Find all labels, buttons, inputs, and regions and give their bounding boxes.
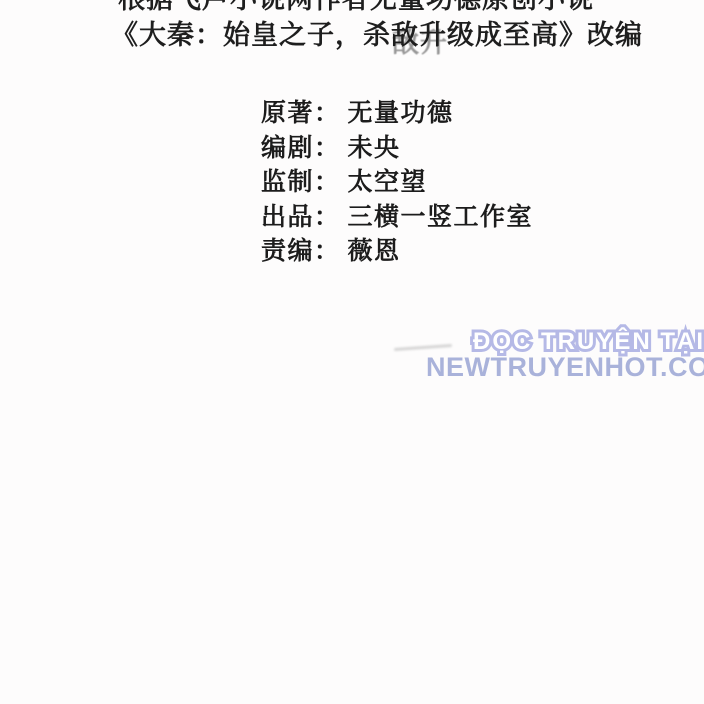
credit-colon: ：	[314, 203, 341, 231]
credit-value: 未央	[348, 134, 401, 162]
credit-colon: ：	[314, 134, 341, 162]
credit-colon: ：	[314, 237, 341, 265]
credit-value: 太空望	[348, 168, 428, 196]
source-novel-line: 根据飞卢小说网作者无量功德原创小说	[118, 0, 594, 14]
credit-colon: ：	[314, 168, 341, 196]
comic-credits-page: 根据飞卢小说网作者无量功德原创小说 《大秦：始皇之子，杀敌升级成至高》改编 敌升…	[0, 0, 704, 704]
credit-row-original-author: 原著：无量功德	[261, 96, 533, 131]
credit-row-supervisor: 监制：太空望	[261, 165, 533, 200]
title-ghost-artifact: 敌升	[392, 21, 448, 60]
credit-value: 无量功德	[348, 99, 454, 127]
credit-value: 三横一竖工作室	[348, 203, 534, 231]
credit-label: 责编	[261, 237, 314, 265]
credit-label: 出品	[261, 203, 314, 231]
credit-label: 原著	[261, 99, 314, 127]
credits-list: 原著：无量功德 编剧：未央 监制：太空望 出品：三横一竖工作室 责编：薇恩	[261, 96, 533, 269]
watermark-tagline-fill: ĐỌC TRUYỆN TẠI	[473, 328, 704, 355]
credit-row-screenwriter: 编剧：未央	[261, 131, 533, 166]
credit-row-editor: 责编：薇恩	[261, 234, 533, 269]
credit-row-producer: 出品：三横一竖工作室	[261, 200, 533, 235]
faint-dash-artifact	[394, 344, 452, 351]
credit-label: 编剧	[261, 134, 314, 162]
watermark-site-name: NEWTRUYENHOT.COM	[426, 352, 704, 383]
credit-value: 薇恩	[348, 237, 401, 265]
credit-colon: ：	[314, 99, 341, 127]
credit-label: 监制	[261, 168, 314, 196]
adaptation-title-line: 《大秦：始皇之子，杀敌升级成至高》改编	[111, 20, 643, 50]
